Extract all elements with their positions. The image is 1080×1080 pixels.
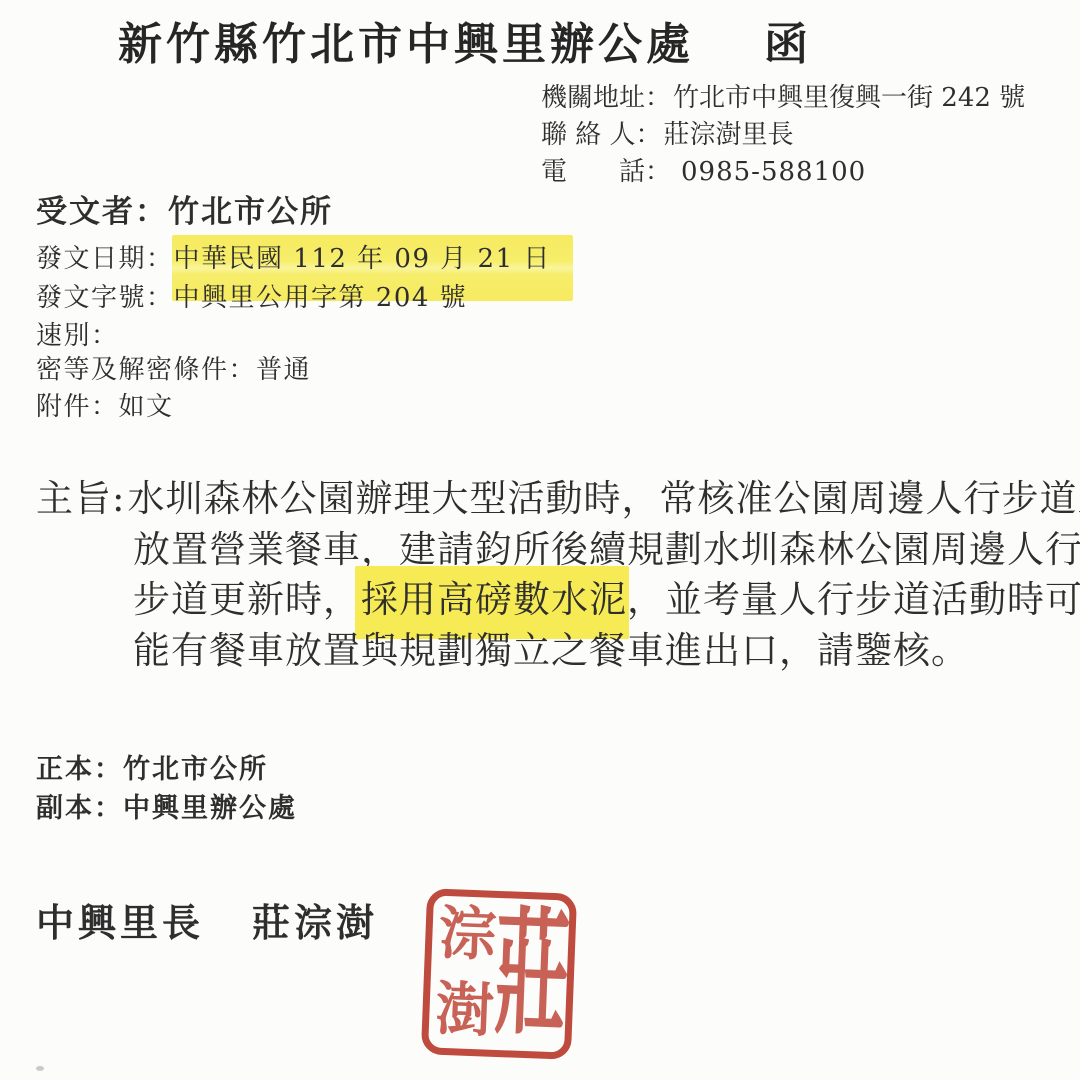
document-title-row: 新竹縣竹北市中興里辦公處 函 [118, 8, 812, 72]
seal-char-left-top: 淙 [437, 904, 497, 964]
issue-date-value: 中華民國 112 年 09 月 21 日 [174, 244, 551, 274]
agency-address-value: 竹北市中興里復興一街 242 號 [673, 80, 1025, 117]
cc-copy-row: 副本：中興里辦公處 [36, 786, 297, 825]
signer-title: 中興里長 [36, 892, 204, 947]
agency-contact-row: 聯 絡 人： 莊淙澍里長 [541, 117, 1025, 154]
attachment-row: 附件：如文 [36, 386, 174, 423]
issue-date-label: 發文日期： [36, 244, 174, 274]
original-copy-value: 竹北市公所 [123, 754, 268, 785]
signature-row: 中興里長 莊淙澍 [36, 892, 378, 947]
scan-speck [36, 1066, 44, 1071]
original-copy-label: 正本： [36, 754, 123, 785]
agency-phone-row: 電 話： 0985-588100 [541, 154, 1025, 191]
red-name-seal-stamp: 淙 澍 莊 [421, 888, 577, 1060]
security-row: 密等及解密條件：普通 [36, 349, 311, 386]
recipient-value: 竹北市公所 [168, 194, 333, 230]
recipient-row: 受文者：竹北市公所 [36, 186, 333, 231]
agency-contact-value: 莊淙澍里長 [664, 117, 794, 154]
subject-text-4: 能有餐車放置與規劃獨立之餐車進出口，請鑒核。 [133, 629, 969, 672]
seal-left-column: 淙 澍 [430, 900, 501, 1046]
agency-contact-label: 聯 絡 人： [541, 117, 662, 154]
attachment-value: 如文 [119, 392, 174, 422]
agency-phone-label: 電 話： [541, 154, 671, 191]
agency-address-label: 機關地址： [541, 80, 671, 117]
signer-name: 莊淙澍 [252, 892, 378, 947]
agency-phone-value: 0985-588100 [681, 154, 866, 191]
original-copy-row: 正本：竹北市公所 [36, 747, 268, 786]
speed-label: 速別： [36, 321, 119, 351]
subject-text-3b: ，並考量人行步道活動時可 [627, 578, 1080, 621]
recipient-label: 受文者： [36, 194, 168, 230]
subject-text-3a: 步道更新時， [133, 578, 361, 621]
seal-char-right: 莊 [492, 905, 571, 1045]
scanned-official-letter: 新竹縣竹北市中興里辦公處 函 機關地址： 竹北市中興里復興一街 242 號 聯 … [0, 0, 1080, 1080]
seal-right-column: 莊 [496, 902, 567, 1048]
subject-line-1: 主旨:水圳森林公園辦理大型活動時，常核准公園周邊人行步道上 [36, 468, 1080, 522]
doc-number-value: 中興里公用字第 204 號 [174, 283, 468, 313]
subject-line-4: 能有餐車放置與規劃獨立之餐車進出口，請鑒核。 [133, 620, 969, 674]
agency-info-block: 機關地址： 竹北市中興里復興一街 242 號 聯 絡 人： 莊淙澍里長 電 話：… [541, 80, 1025, 191]
subject-text-2: 放置營業餐車，建請鈞所後續規劃水圳森林公園周邊人行 [133, 528, 1080, 571]
security-label: 密等及解密條件： [36, 355, 256, 385]
agency-address-row: 機關地址： 竹北市中興里復興一街 242 號 [541, 80, 1025, 117]
doc-number-label: 發文字號： [36, 283, 174, 313]
cc-copy-label: 副本： [36, 793, 123, 824]
attachment-label: 附件： [36, 392, 119, 422]
doc-number-row: 發文字號：中興里公用字第 204 號 [36, 277, 467, 314]
subject-line-3: 步道更新時，採用高磅數水泥，並考量人行步道活動時可 [133, 569, 1080, 623]
seal-char-left-bottom: 澍 [434, 980, 494, 1040]
speed-row: 速別： [36, 315, 119, 352]
issue-date-row: 發文日期：中華民國 112 年 09 月 21 日 [36, 238, 551, 275]
subject-line-2: 放置營業餐車，建請鈞所後續規劃水圳森林公園周邊人行 [133, 519, 1080, 573]
document-type: 函 [764, 8, 812, 72]
subject-text-1: 水圳森林公園辦理大型活動時，常核准公園周邊人行步道上 [127, 477, 1080, 520]
subject-label: 主旨: [36, 477, 125, 520]
issuing-agency-title: 新竹縣竹北市中興里辦公處 [118, 8, 694, 72]
cc-copy-value: 中興里辦公處 [123, 793, 297, 824]
security-value: 普通 [256, 355, 311, 385]
